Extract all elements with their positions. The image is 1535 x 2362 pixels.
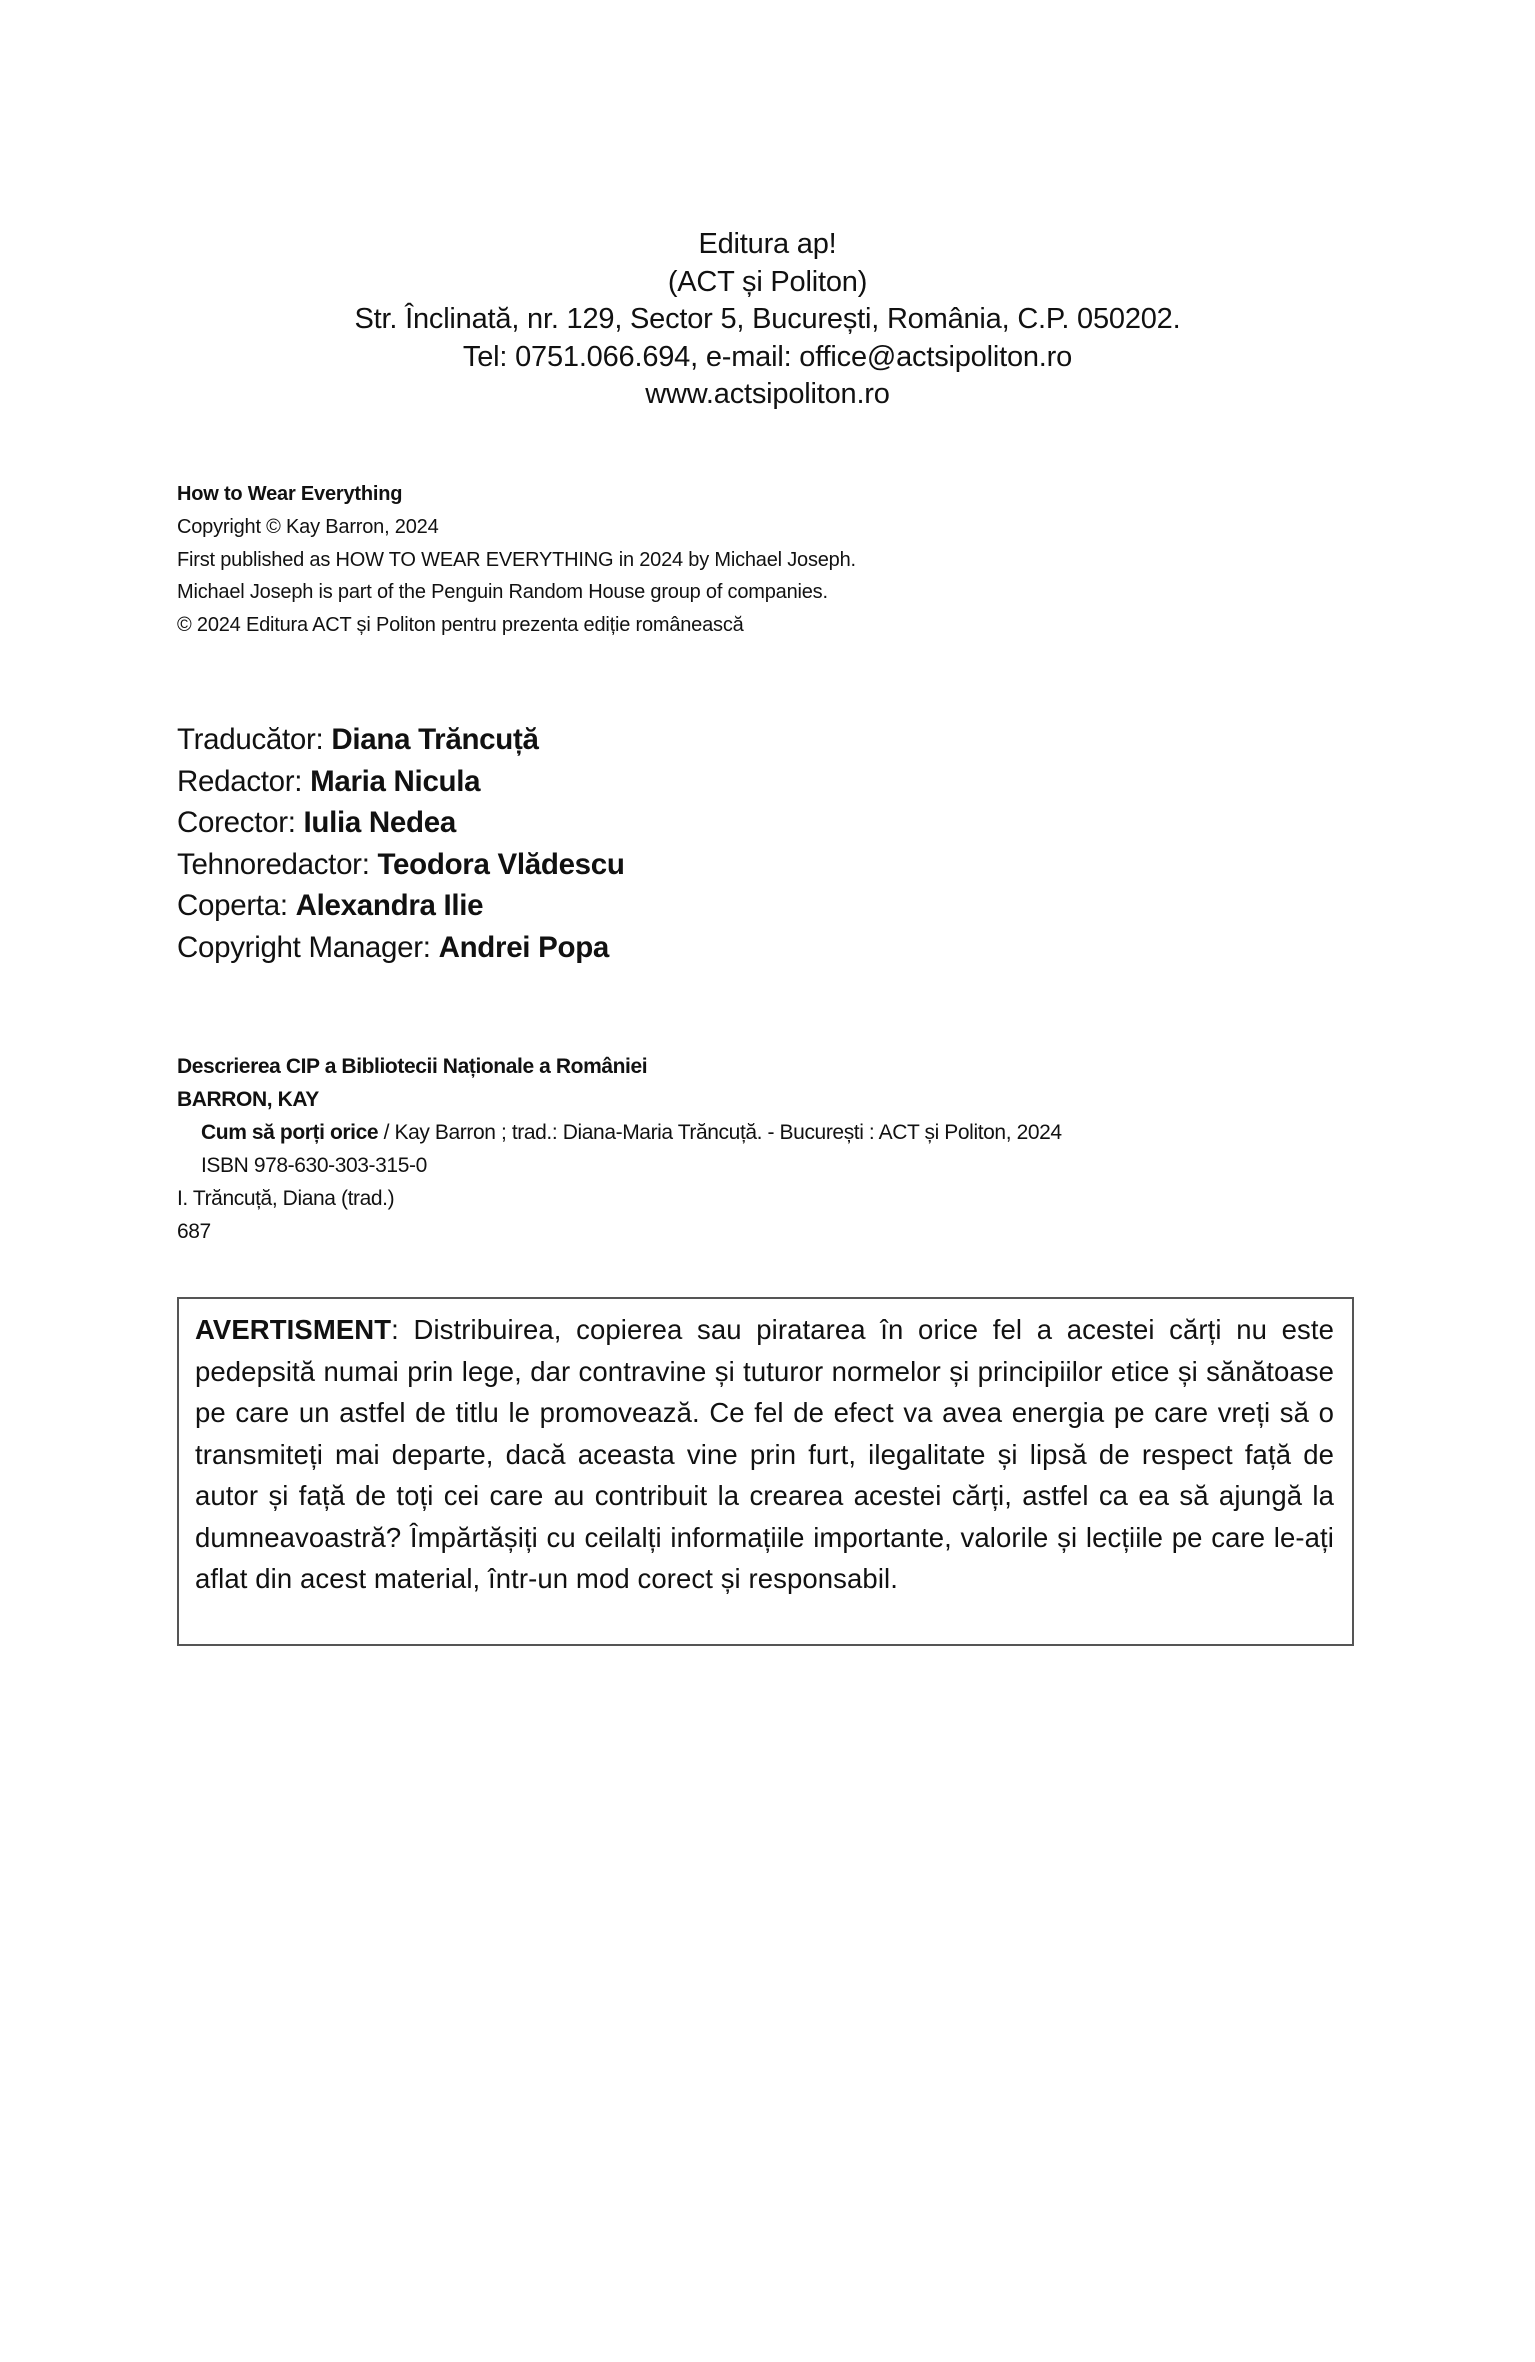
- credit-name: Maria Nicula: [310, 765, 480, 798]
- publisher-info: Editura ap! (ACT și Politon) Str. Înclin…: [0, 226, 1535, 414]
- credit-role: Tehnoredactor:: [177, 848, 378, 881]
- first-published-line: First published as HOW TO WEAR EVERYTHIN…: [177, 544, 856, 577]
- cip-added-entry: I. Trăncuță, Diana (trad.): [177, 1182, 1062, 1215]
- romanian-edition-line: © 2024 Editura ACT și Politon pentru pre…: [177, 609, 856, 642]
- publisher-address: Str. Înclinată, nr. 129, Sector 5, Bucur…: [0, 301, 1535, 339]
- credit-role: Redactor:: [177, 765, 310, 798]
- credit-role: Copyright Manager:: [177, 931, 439, 964]
- credit-role: Traducător:: [177, 723, 331, 756]
- original-title: How to Wear Everything: [177, 478, 856, 511]
- cip-title: Cum să porți orice: [201, 1121, 378, 1144]
- cip-heading: Descrierea CIP a Bibliotecii Naționale a…: [177, 1050, 1062, 1083]
- warning-label: AVERTISMENT: [195, 1314, 391, 1345]
- warning-box: AVERTISMENT: Distribuirea, copierea sau …: [177, 1297, 1354, 1646]
- credit-role: Corector:: [177, 806, 304, 839]
- credit-cover: Coperta: Alexandra Ilie: [177, 885, 625, 927]
- cip-classification: 687: [177, 1215, 1062, 1248]
- credit-copyright-manager: Copyright Manager: Andrei Popa: [177, 927, 625, 969]
- credit-name: Andrei Popa: [439, 931, 609, 964]
- publisher-group-line: Michael Joseph is part of the Penguin Ra…: [177, 576, 856, 609]
- credits-list: Traducător: Diana Trăncuță Redactor: Mar…: [177, 719, 625, 968]
- credit-name: Teodora Vlădescu: [378, 848, 625, 881]
- publisher-group: (ACT și Politon): [0, 264, 1535, 302]
- copyright-notice: How to Wear Everything Copyright © Kay B…: [177, 478, 856, 642]
- publisher-contact: Tel: 0751.066.694, e-mail: office@actsip…: [0, 339, 1535, 377]
- cip-title-line: Cum să porți orice / Kay Barron ; trad.:…: [177, 1116, 1062, 1149]
- publisher-name: Editura ap!: [0, 226, 1535, 264]
- credit-editor: Redactor: Maria Nicula: [177, 761, 625, 803]
- credit-role: Coperta:: [177, 889, 296, 922]
- publisher-website: www.actsipoliton.ro: [0, 376, 1535, 414]
- cip-description: Descrierea CIP a Bibliotecii Naționale a…: [177, 1050, 1062, 1248]
- credit-name: Iulia Nedea: [304, 806, 456, 839]
- copyright-line: Copyright © Kay Barron, 2024: [177, 511, 856, 544]
- credit-name: Alexandra Ilie: [296, 889, 484, 922]
- warning-text: : Distribuirea, copierea sau piratarea î…: [195, 1314, 1334, 1594]
- credit-name: Diana Trăncuță: [331, 723, 538, 756]
- cip-title-details: / Kay Barron ; trad.: Diana-Maria Trăncu…: [378, 1121, 1062, 1144]
- cip-isbn: ISBN 978-630-303-315-0: [177, 1149, 1062, 1182]
- cip-author: BARRON, KAY: [177, 1083, 1062, 1116]
- credit-typesetter: Tehnoredactor: Teodora Vlădescu: [177, 844, 625, 886]
- credit-proofreader: Corector: Iulia Nedea: [177, 802, 625, 844]
- credit-translator: Traducător: Diana Trăncuță: [177, 719, 625, 761]
